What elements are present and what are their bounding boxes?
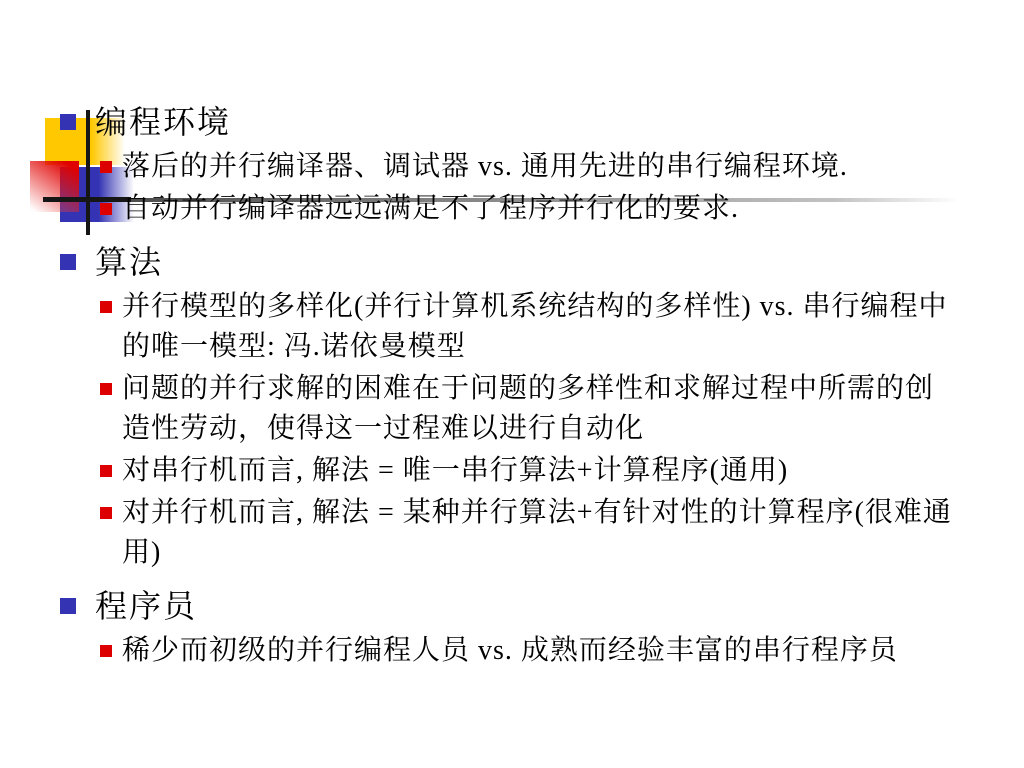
bullet-item: 落后的并行编译器、调试器 vs. 通用先进的串行编程环境. — [122, 147, 962, 187]
section-title-text: 编程环境 — [95, 104, 231, 140]
item-text: 对并行机而言, 解法 = 某种并行算法+有针对性的计算程序(很难通用) — [122, 497, 952, 568]
item-text: 问题的并行求解的困难在于问题的多样性和求解过程中所需的创造性劳动，使得这一过程难… — [122, 373, 934, 444]
item-text: 自动并行编译器远远满足不了程序并行化的要求. — [122, 193, 739, 224]
level1-bullet-icon — [60, 254, 76, 270]
level2-bullet-icon — [100, 161, 112, 173]
item-text: 对串行机而言, 解法 = 唯一串行算法+计算程序(通用) — [122, 455, 788, 486]
item-text: 落后的并行编译器、调试器 vs. 通用先进的串行编程环境. — [122, 151, 848, 182]
level2-bullet-icon — [100, 645, 112, 657]
bullet-item: 稀少而初级的并行编程人员 vs. 成熟而经验丰富的串行程序员 — [122, 631, 962, 671]
level2-bullet-icon — [100, 507, 112, 519]
section-title-text: 程序员 — [95, 588, 197, 624]
presentation-slide: 编程环境落后的并行编译器、调试器 vs. 通用先进的串行编程环境.自动并行编译器… — [0, 0, 1024, 768]
bullet-item: 对串行机而言, 解法 = 唯一串行算法+计算程序(通用) — [122, 451, 962, 491]
section-title-text: 算法 — [95, 244, 163, 280]
slide-content: 编程环境落后的并行编译器、调试器 vs. 通用先进的串行编程环境.自动并行编译器… — [0, 102, 1024, 673]
level1-bullet-icon — [60, 598, 76, 614]
section-title: 编程环境 — [95, 102, 962, 142]
bullet-item: 问题的并行求解的困难在于问题的多样性和求解过程中所需的创造性劳动，使得这一过程难… — [122, 369, 962, 449]
section-title: 算法 — [95, 242, 962, 282]
level2-bullet-icon — [100, 301, 112, 313]
bullet-item: 自动并行编译器远远满足不了程序并行化的要求. — [122, 189, 962, 229]
item-text: 稀少而初级的并行编程人员 vs. 成熟而经验丰富的串行程序员 — [122, 635, 898, 666]
bullet-item: 对并行机而言, 解法 = 某种并行算法+有针对性的计算程序(很难通用) — [122, 493, 962, 573]
item-text: 并行模型的多样化(并行计算机系统结构的多样性) vs. 串行编程中的唯一模型: … — [122, 291, 948, 362]
level2-bullet-icon — [100, 383, 112, 395]
level1-bullet-icon — [60, 114, 76, 130]
level2-bullet-icon — [100, 203, 112, 215]
bullet-item: 并行模型的多样化(并行计算机系统结构的多样性) vs. 串行编程中的唯一模型: … — [122, 287, 962, 367]
section-title: 程序员 — [95, 586, 962, 626]
level2-bullet-icon — [100, 465, 112, 477]
